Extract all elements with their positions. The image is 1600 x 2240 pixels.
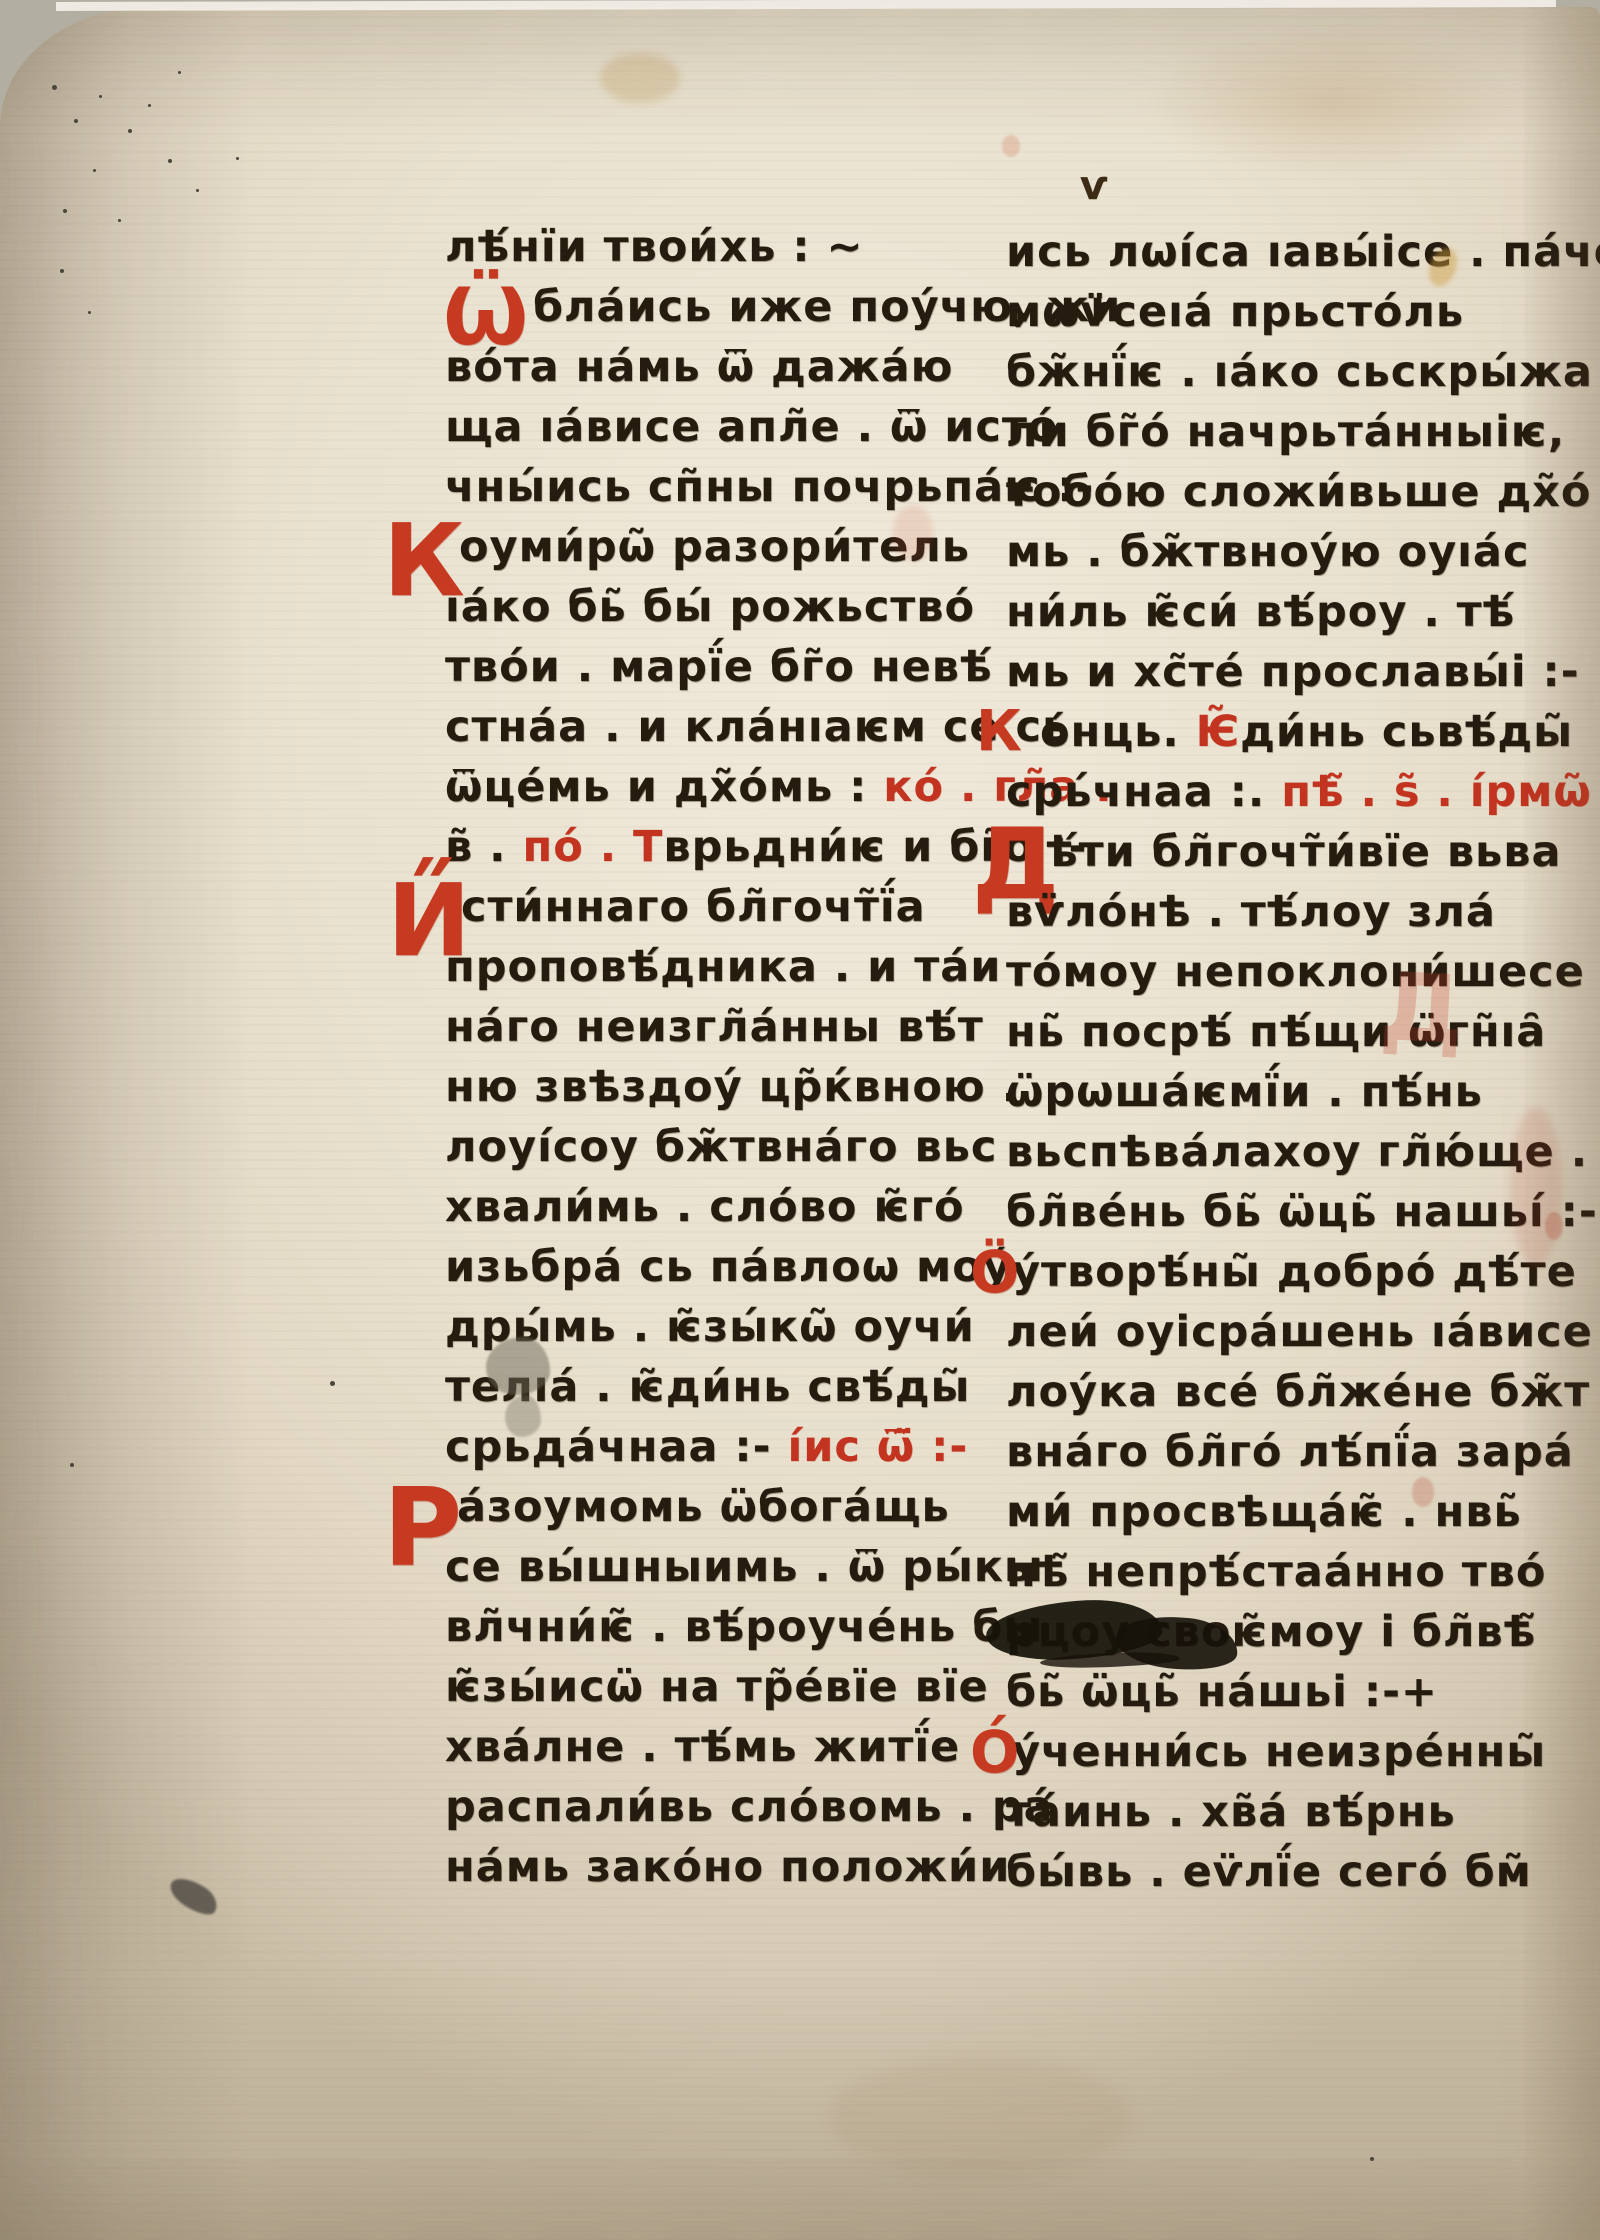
body-text: пѣ̃ непрѣ́стаа́нно тво́ [1006, 1547, 1546, 1597]
body-text: тво́и . марї́е бг̃о невѣ́ [445, 642, 993, 692]
body-text: ни́ль ѥ̃си́ вѣ́роу . тѣ́ [1006, 587, 1515, 637]
text-line: дры́мь . ѥ̃зы́кѡ̃ оучи́ [445, 1297, 990, 1357]
text-line: срь́чнаа :. пѣ̃ . ѕ̃ . і́рмѡ̃ :- [1006, 762, 1551, 822]
stain [830, 2057, 1130, 2177]
body-text: ща ıа́висе апл̃е . ѿ исто́ [445, 402, 1058, 452]
body-text: дры́мь . ѥ̃зы́кѡ̃ оучи́ [445, 1302, 975, 1352]
text-line: Коуми́рѡ̃ разори́тель [445, 517, 990, 577]
wormhole [178, 71, 181, 74]
body-text: тобо́ю сложи́вьше дх̃о́ [1006, 467, 1591, 517]
body-text: ѿце́мь и дх̃о́мь : [445, 762, 883, 812]
rubric-initial: О́ [970, 1722, 1020, 1782]
text-line: бл̃ве́нь бь̃ ѡ̈ць̃ нашьі́ :- [1006, 1182, 1551, 1242]
wormhole [88, 311, 91, 314]
body-text: леи́ оуісра́шень ıа́висе . [1006, 1307, 1600, 1357]
body-text: мь . бж̃твноу́ю оуıа́с [1006, 527, 1529, 577]
wormhole [330, 1381, 335, 1386]
body-text: изьбра́ сь па́влоѡ моу́ [445, 1242, 1012, 1292]
body-text: хвали́мь . сло́во ѥ̃го́ [445, 1182, 965, 1232]
text-line: се вы́шныимь . ѿ ры́кы [445, 1537, 990, 1597]
body-text: бь̃ ѡ̈ць̃ на́шьі :-+ [1006, 1667, 1438, 1717]
text-line: вна́го бл̃го́ лѣ́пї́а зара́ [1006, 1422, 1551, 1482]
stain [1002, 135, 1020, 157]
body-text: мѡѵ̈сеıа́ прьсто́ль [1006, 287, 1464, 337]
body-text: оуми́рѡ̃ разори́тель [459, 522, 970, 572]
text-line: мѡѵ̈сеıа́ прьсто́ль [1006, 282, 1551, 342]
wormhole [196, 189, 199, 192]
body-text: на́го неизгл̃а́нны вѣ́т [445, 1002, 984, 1052]
text-line: тобо́ю сложи́вьше дх̃о́ [1006, 462, 1551, 522]
body-text: вна́го бл̃го́ лѣ́пї́а зара́ [1006, 1427, 1574, 1477]
body-text: чны́ись сп̃ны почрьпа́ѥ :- [445, 462, 1094, 512]
wormhole [99, 95, 102, 98]
body-text: срьда́чнаа :- [445, 1422, 787, 1472]
body-text: вьспѣва́лахоу гл̃ю́ще . [1006, 1127, 1588, 1177]
body-text: рцоу своѥ̃моу і бл̃вѣ̃ [1006, 1607, 1536, 1657]
text-line: О́у́ченни́сь неизре́нны̃ [1006, 1722, 1551, 1782]
text-line: распали́вь сло́вомь . ра́ [445, 1777, 990, 1837]
body-text: та́инь . хв̃а́ вѣ́рнь [1006, 1787, 1456, 1837]
text-line: тво́и . марї́е бг̃о невѣ́ [445, 637, 990, 697]
rubric-initial: Ӧ [970, 1242, 1020, 1302]
text-line: проповѣ́дника . и та́и [445, 937, 990, 997]
text-line: бь̃ ѡ̈ць̃ на́шьі :-+ [1006, 1662, 1551, 1722]
wormhole [52, 85, 57, 90]
text-line: хва́лне . тѣ́мь житї́е [445, 1717, 990, 1777]
body-text: вѵ̈ло́нѣ . тѣ́лоу зла́ [1006, 887, 1496, 937]
wormhole [60, 269, 64, 273]
body-text: у́творѣ́ны̃ добро́ дѣ́те [1012, 1247, 1577, 1297]
text-line: нь̃ посрѣ́ пѣ́щи ѡ̈гн̃ıа̑ [1006, 1002, 1551, 1062]
text-line: ли бг̃о́ начрьта́нныіѥ, [1006, 402, 1551, 462]
text-line: лоуі́соу бж̃твна́го вьс [445, 1117, 990, 1177]
text-line: ѿце́мь и дх̃о́мь : ко́ . гл̃а . [445, 757, 990, 817]
wormhole [70, 1463, 74, 1467]
text-line: стна́а . и кла́нıаѥм се сь [445, 697, 990, 757]
rubric-text: пѣ̃ . ѕ̃ . і́рмѡ̃ :- [1281, 767, 1600, 817]
wormhole [148, 104, 151, 107]
text-line: бы́вь . еѵ̈лї́е сего́ бм̃ [1006, 1842, 1551, 1902]
stain [1150, 27, 1510, 177]
rubric-initial: К [976, 702, 1023, 762]
text-line: изьбра́ сь па́влоѡ моу́ [445, 1237, 990, 1297]
text-line: лѣ́нїи твои́хь : ~ [445, 217, 990, 277]
wormhole [63, 209, 67, 213]
text-line: Ѡ̈бла́ись иже поу́чю, жи [445, 277, 990, 337]
rubric-text: і́ис ѿ̈ :- [787, 1422, 968, 1472]
text-line: бж̃нї́ѥ . ıа́ко сьскры́жа [1006, 342, 1551, 402]
text-line: ѥ̃зы́исѡ̈ на тр̃е́вїе вїе [445, 1657, 990, 1717]
right-text-column: ись лѡі́са ıавы́ісе . па́чемѡѵ̈сеıа́ прь… [1006, 222, 1551, 1902]
text-line: Ӧу́творѣ́ны̃ добро́ дѣ́те [1006, 1242, 1551, 1302]
body-text: вл̃чни́ѥ̃ . вѣ́роуче́нь бы [445, 1602, 1043, 1652]
text-line: вьспѣва́лахоу гл̃ю́ще . [1006, 1122, 1551, 1182]
text-line: на́мь зако́но положи́и [445, 1837, 990, 1897]
manuscript-page: лѣ́нїи твои́хь : ~Ѡ̈бла́ись иже поу́чю, … [0, 7, 1600, 2240]
body-text: ѡ̈рѡша́ѥмї́и . пѣ́нь [1006, 1067, 1483, 1117]
body-text: о́нць. [1040, 707, 1196, 757]
body-text: бл̃ве́нь бь̃ ѡ̈ць̃ нашьі́ :- [1006, 1187, 1598, 1237]
body-text: то́моу непоклони́шесе . [1006, 947, 1600, 997]
wormhole [168, 159, 172, 163]
text-line: мь . бж̃твноу́ю оуıа́с [1006, 522, 1551, 582]
text-line: ню звѣздоу́ цр̃ќвною . [445, 1057, 990, 1117]
manuscript-photo: { "document": { "type": "medieval manusc… [0, 0, 1600, 2240]
rubric-text: Ѥ̃ [1196, 707, 1241, 757]
text-line: во́та на́мь ѿ дажа́ю [445, 337, 990, 397]
text-line: ни́ль ѥ̃си́ вѣ́роу . тѣ́ [1006, 582, 1551, 642]
text-line: Дѣ́ти бл̃гочт̃и́вїе вьва [1006, 822, 1551, 882]
body-text: ню звѣздоу́ цр̃ќвною . [445, 1062, 1019, 1112]
body-text: у́ченни́сь неизре́нны̃ [1012, 1727, 1546, 1777]
body-text: на́мь зако́но положи́и [445, 1842, 1010, 1892]
rubric-text: Т [633, 822, 663, 872]
body-text: телıа́ . ѥ̃ди́нь свѣ́ды̃ [445, 1362, 970, 1412]
body-text: мь и хс̃те́ прославы́і :- [1006, 647, 1580, 697]
speck [1370, 2157, 1374, 2161]
body-text: ıа́ко бь̃ бы́ рожьство́ [445, 582, 975, 632]
text-line: леи́ оуісра́шень ıа́висе . [1006, 1302, 1551, 1362]
body-text: лоу́ка все́ бл̃же́не бж̃т [1006, 1367, 1590, 1417]
text-line: та́инь . хв̃а́ вѣ́рнь [1006, 1782, 1551, 1842]
body-text: хва́лне . тѣ́мь житї́е [445, 1722, 960, 1772]
body-text: се вы́шныимь . ѿ ры́кы [445, 1542, 1044, 1592]
body-text: нь̃ посрѣ́ пѣ́щи ѡ̈гн̃ıа̑ [1006, 1007, 1546, 1057]
text-line: рцоу своѥ̃моу і бл̃вѣ̃ [1006, 1602, 1551, 1662]
superscript-mark: ѵ [1080, 163, 1108, 209]
wormhole [118, 219, 121, 222]
text-line: хвали́мь . сло́во ѥ̃го́ [445, 1177, 990, 1237]
left-text-column: лѣ́нїи твои́хь : ~Ѡ̈бла́ись иже поу́чю, … [445, 217, 990, 1897]
body-text: а́зоумомь ѡ̈бога́щь [457, 1482, 950, 1532]
body-text: бж̃нї́ѥ . ıа́ко сьскры́жа [1006, 347, 1593, 397]
text-line: срьда́чнаа :- і́ис ѿ̈ :- [445, 1417, 990, 1477]
text-line: Ко́нць. Ѥ̃ди́нь сьвѣ́ды̃ [1006, 702, 1551, 762]
text-line: ѡ̈рѡша́ѥмї́и . пѣ́нь [1006, 1062, 1551, 1122]
body-text: лѣ́нїи твои́хь : ~ [445, 222, 864, 272]
text-line: мь и хс̃те́ прославы́і :- [1006, 642, 1551, 702]
wormhole [128, 129, 132, 133]
text-line: ıа́ко бь̃ бы́ рожьство́ [445, 577, 990, 637]
stain [600, 53, 680, 103]
body-text: во́та на́мь ѿ дажа́ю [445, 342, 953, 392]
body-text: ли бг̃о́ начрьта́нныіѥ, [1006, 407, 1565, 457]
text-line: вл̃чни́ѥ̃ . вѣ́роуче́нь бы [445, 1597, 990, 1657]
body-text: сти́ннаго бл̃гочт̃ї́а [461, 882, 926, 932]
text-line: ись лѡі́са ıавы́ісе . па́че [1006, 222, 1551, 282]
rubric-text: по́ . [523, 822, 634, 872]
body-text: ди́нь сьвѣ́ды̃ [1240, 707, 1573, 757]
text-line: лоу́ка все́ бл̃же́не бж̃т [1006, 1362, 1551, 1422]
text-line: вѵ̈ло́нѣ . тѣ́лоу зла́ [1006, 882, 1551, 942]
body-text: лоуі́соу бж̃твна́го вьс [445, 1122, 997, 1172]
text-line: ми́ просвѣща́ѥ̃ . нвь̃ [1006, 1482, 1551, 1542]
text-line: телıа́ . ѥ̃ди́нь свѣ́ды̃ [445, 1357, 990, 1417]
body-text: бы́вь . еѵ̈лї́е сего́ бм̃ [1006, 1847, 1532, 1897]
ink-smudge [165, 1871, 223, 1921]
text-line: пѣ̃ непрѣ́стаа́нно тво́ [1006, 1542, 1551, 1602]
text-line: И̋сти́ннаго бл̃гочт̃ї́а [445, 877, 990, 937]
body-text: ми́ просвѣща́ѥ̃ . нвь̃ [1006, 1487, 1522, 1537]
body-text: ѥ̃зы́исѡ̈ на тр̃е́вїе вїе [445, 1662, 989, 1712]
body-text: ись лѡі́са ıавы́ісе . па́че [1006, 227, 1600, 277]
body-text: распали́вь сло́вомь . ра́ [445, 1782, 1054, 1832]
body-text: проповѣ́дника . и та́и [445, 942, 1001, 992]
text-line: Ра́зоумомь ѡ̈бога́щь [445, 1477, 990, 1537]
text-line: на́го неизгл̃а́нны вѣ́т [445, 997, 990, 1057]
text-line: то́моу непоклони́шесе . [1006, 942, 1551, 1002]
text-line: в̃ . по́ . Тврьдни́ѥ и бг̃о́ :- [445, 817, 990, 877]
text-line: ща ıа́висе апл̃е . ѿ исто́ [445, 397, 990, 457]
wormhole [93, 169, 96, 172]
body-text: ѣ́ти бл̃гочт̃и́вїе вьва [1046, 827, 1561, 877]
text-line: чны́ись сп̃ны почрьпа́ѥ :- [445, 457, 990, 517]
wormhole [236, 157, 239, 160]
wormhole [74, 119, 78, 123]
